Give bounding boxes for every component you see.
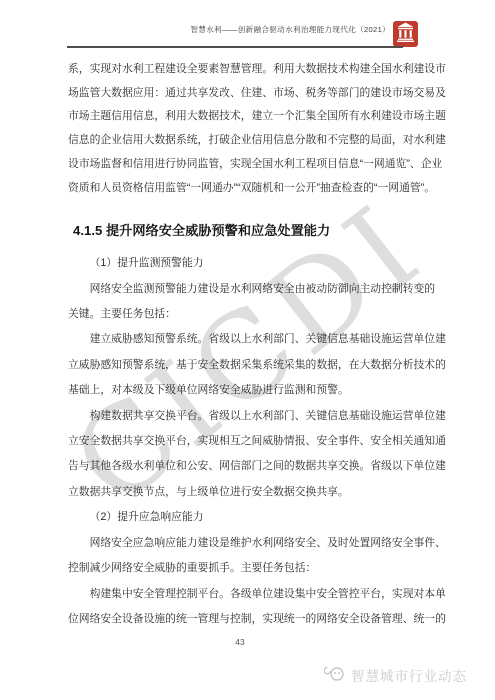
text-line: 场监管大数据应用：通过共享发改、住建、市场、税务等部门的建设市场交易及: [68, 82, 458, 106]
list-item-heading: （1）提升监测预警能力: [68, 251, 458, 276]
text-line: 关键。主要任务包括：: [68, 302, 458, 327]
text-line: 立数据共享交换节点，与上级单位进行安全数据交换共享。: [68, 480, 458, 505]
text-line: 信息的企业信用大数据系统，打破企业信用信息分散和不完整的局面，对水利建: [68, 129, 458, 153]
page-content: 系，实现对水利工程建设全要素智慧管理。利用大数据技术构建全国水利建设市 场监管大…: [68, 58, 458, 632]
paragraph-continuation: 系，实现对水利工程建设全要素智慧管理。利用大数据技术构建全国水利建设市 场监管大…: [68, 58, 458, 200]
text-line: 市场主题信用信息，利用大数据技术，建立一个汇集全国所有水利建设市场主题: [68, 105, 458, 129]
header-title: 智慧水利——创新融合驱动水利治理能力现代化（2021）: [190, 24, 390, 35]
document-page: 智慧水利——创新融合驱动水利治理能力现代化（2021） CICDI 系，实现对水…: [0, 0, 495, 700]
text-line: 控制减少网络安全威胁的重要抓手。主要任务包括：: [68, 556, 458, 581]
list-item-heading: （2）提升应急响应能力: [68, 505, 458, 530]
mascot-logo-icon: [324, 664, 346, 685]
text-line: 构建集中安全管理控制平台。各级单位建设集中安全管控平台，实现对本单: [68, 582, 458, 607]
text-line: 位网络安全设备设施的统一管理与控制，实现统一的网络安全设备管理、统一的: [68, 607, 458, 632]
section-heading: 4.1.5 提升网络安全威胁预警和应急处置能力: [73, 218, 458, 244]
text-line: 设市场监督和信用进行协同监管，实现全国水利工程项目信息“一网通览”、企业: [68, 153, 458, 177]
bank-building-icon: [396, 22, 415, 47]
text-line: 系，实现对水利工程建设全要素智慧管理。利用大数据技术构建全国水利建设市: [68, 58, 458, 82]
text-line: 立安全数据共享交换平台，实现相互之间威胁情报、安全事件、安全相关通知通: [68, 429, 458, 454]
section-body: （1）提升监测预警能力 网络安全监测预警能力建设是水利网络安全由被动防御向主动控…: [68, 251, 458, 632]
text-line: 立威胁感知预警系统，基于安全数据采集系统采集的数据，在大数据分析技术的: [68, 353, 458, 378]
page-number: 43: [225, 637, 255, 647]
text-line: 基础上，对本级及下级单位网络安全威胁进行监测和预警。: [68, 378, 458, 403]
text-line: 建立威胁感知预警系统。省级以上水利部门、关键信息基础设施运营单位建: [68, 327, 458, 352]
text-line: 网络安全应急响应能力建设是维护水利网络安全、及时处置网络安全事件、: [68, 531, 458, 556]
footer-brand-text: 智慧城市行业动态: [351, 665, 467, 685]
publisher-logo: [393, 21, 418, 47]
text-line: 资质和人员资格信用监管“一网通办”“双随机和一公开”抽查检查的“一网通管”。: [68, 177, 458, 201]
footer-brand: 智慧城市行业动态: [324, 664, 467, 685]
header-divider: [67, 46, 403, 48]
text-line: 网络安全监测预警能力建设是水利网络安全由被动防御向主动控制转变的: [68, 277, 458, 302]
text-line: 构建数据共享交换平台。省级以上水利部门、关键信息基础设施运营单位建: [68, 404, 458, 429]
text-line: 告与其他各级水利单位和公安、网信部门之间的数据共享交换。省级以下单位建: [68, 454, 458, 479]
